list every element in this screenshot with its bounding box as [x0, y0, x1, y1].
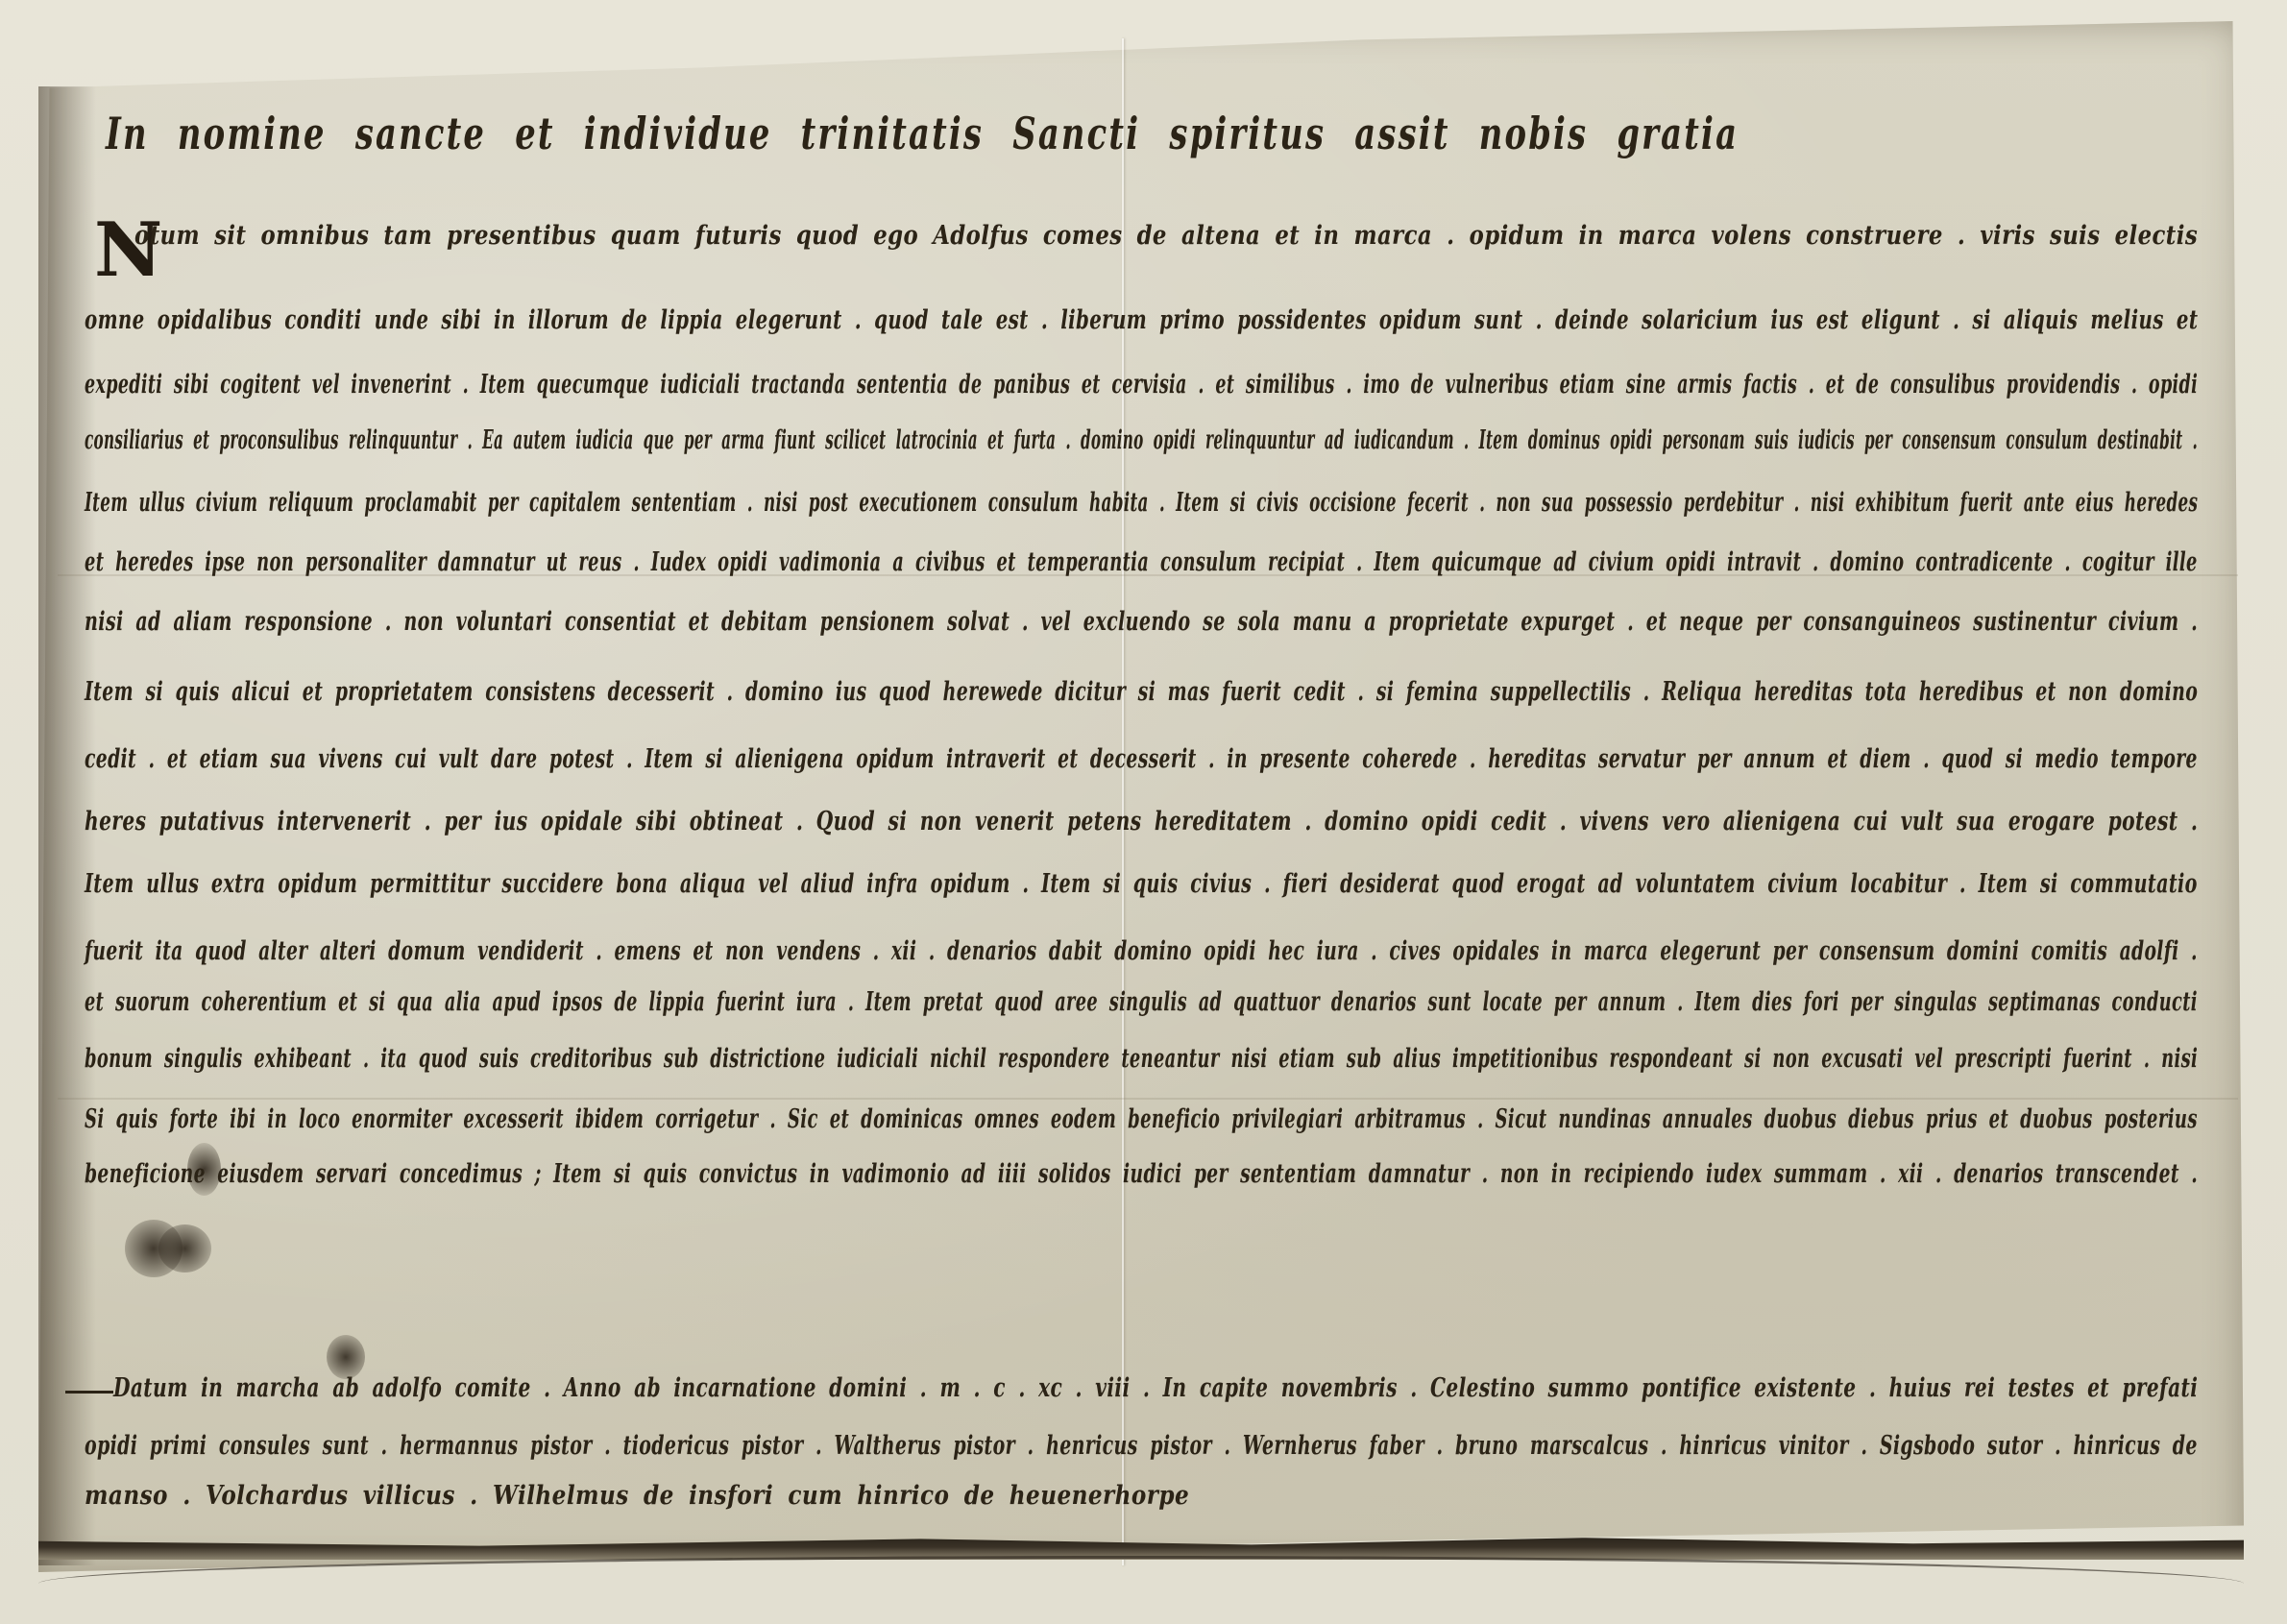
charter-line-1: otum sit omnibus tam presentibus quam fu… — [134, 221, 2198, 251]
ink-blot — [158, 1224, 211, 1273]
dating-line-2: opidi primi consules sunt . hermannus pi… — [85, 1431, 2198, 1461]
horizontal-fold-line — [58, 1098, 2238, 1100]
dating-line-1: Datum in marcha ab adolfo comite . Anno … — [113, 1373, 2198, 1403]
charter-line-11: Item ullus extra opidum permittitur succ… — [85, 869, 2198, 899]
charter-line-6: et heredes ipse non personaliter damnatu… — [85, 547, 2198, 577]
charter-line-14: bonum singulis exhibeant . ita quod suis… — [85, 1044, 2198, 1074]
charter-line-4: consiliarius et proconsulibus relinquunt… — [85, 425, 2198, 455]
charter-line-3: expediti sibi cogitent vel invenerint . … — [85, 370, 2198, 400]
charter-line-5: Item ullus civium reliquum proclamabit p… — [85, 488, 2198, 518]
invocatio-line: In nomine sancte et individue trinitatis… — [106, 108, 1739, 159]
charter-line-9: cedit . et etiam sua vivens cui vult dar… — [85, 744, 2198, 774]
charter-line-7: nisi ad aliam responsione . non voluntar… — [85, 607, 2198, 637]
charter-line-2: omne opidalibus conditi unde sibi in ill… — [85, 305, 2198, 335]
parchment-sheet — [38, 21, 2244, 1572]
dating-line-3: manso . Volchardus villicus . Wilhelmus … — [85, 1481, 1189, 1511]
charter-line-12: fuerit ita quod alter alteri domum vendi… — [85, 936, 2198, 966]
vertical-fold-line — [1122, 38, 1124, 1565]
charter-line-16: beneficione eiusdem servari concedimus ;… — [85, 1159, 2198, 1189]
charter-line-10: heres putativus intervenerit . per ius o… — [85, 807, 2198, 836]
charter-line-8: Item si quis alicui et proprietatem cons… — [85, 677, 2198, 707]
charter-line-15: Si quis forte ibi in loco enormiter exce… — [85, 1104, 2198, 1134]
dating-clause-mark — [65, 1391, 113, 1394]
charter-line-13: et suorum coherentium et si qua alia apu… — [85, 987, 2198, 1017]
